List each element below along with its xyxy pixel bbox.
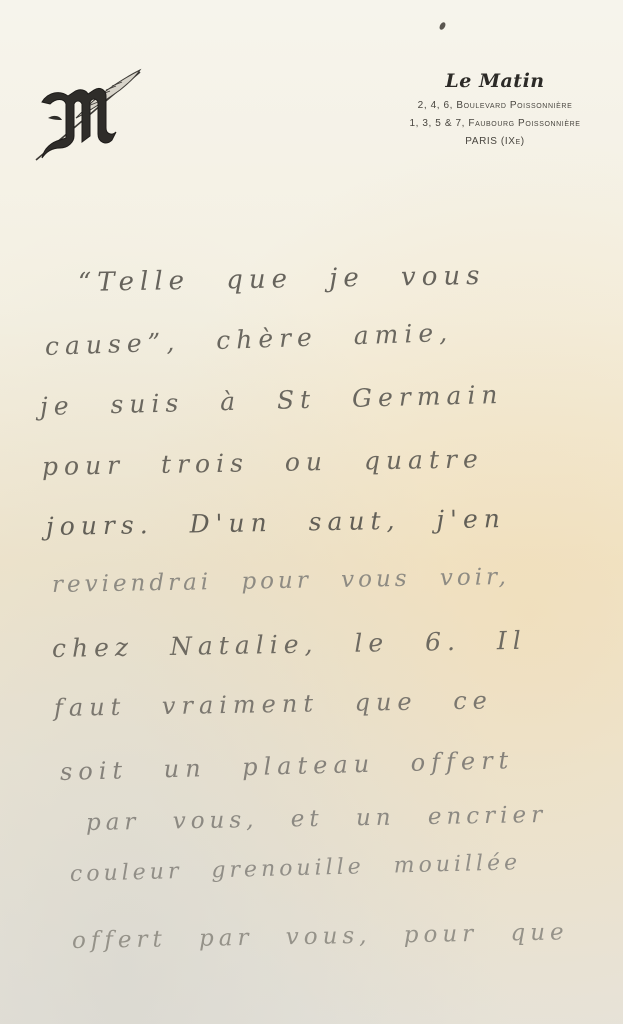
handwritten-line: couleur grenouille mouillée	[70, 850, 522, 887]
handwritten-line: reviendrai pour vous voir,	[52, 564, 510, 598]
handwritten-line: “Telle que je vous	[78, 261, 486, 298]
handwritten-line: je suis à St Germain	[40, 380, 504, 421]
handwritten-line: pour trois ou quatre	[42, 444, 484, 481]
handwritten-line: offert par vous, pour que	[72, 919, 569, 954]
handwritten-line: chez Natalie, le 6. Il	[52, 626, 527, 663]
handwritten-line: soit un plateau offert	[60, 746, 515, 786]
handwritten-letter-body: “Telle que je vous cause”, chère amie, j…	[0, 0, 623, 1024]
handwritten-line: faut vraiment que ce	[54, 686, 493, 722]
handwritten-line: par vous, et un encrier	[86, 802, 548, 836]
handwritten-line: jours. D'un saut, j'en	[46, 504, 506, 541]
handwritten-line: cause”, chère amie,	[44, 318, 453, 361]
letter-page: Le Matin 2, 4, 6, Boulevard Poissonnière…	[0, 0, 623, 1024]
